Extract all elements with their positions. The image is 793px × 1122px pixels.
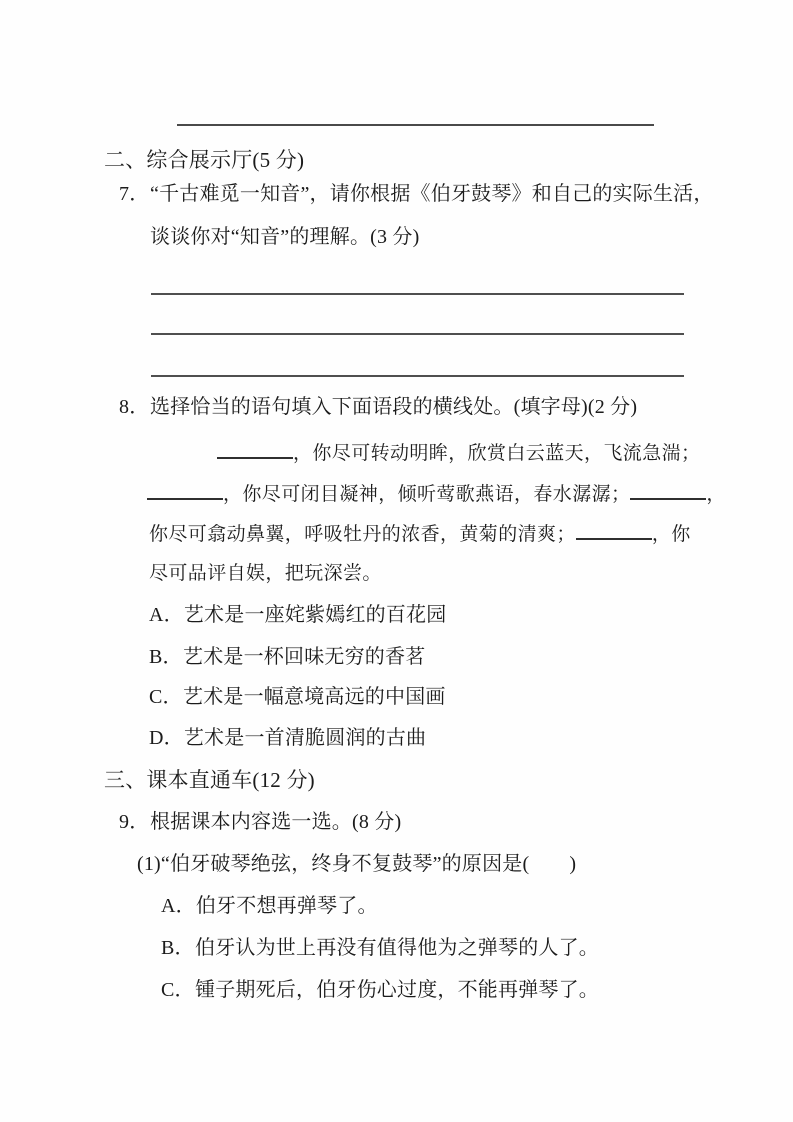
passage-line-2: ，你尽可闭目凝神，倾听莺歌燕语，春水潺潺；， <box>147 481 726 509</box>
exam-page: 二、综合展示厅(5 分) 7．“千古难觅一知音”，请你根据《伯牙鼓琴》和自己的实… <box>0 0 793 1122</box>
q8-option-a-label: A． <box>149 601 184 629</box>
answer-line-1[interactable] <box>151 293 684 295</box>
question-9-number: 9． <box>119 808 150 836</box>
q9-option-b-text: 伯牙认为世上再没有值得他为之弹琴的人了。 <box>195 937 599 959</box>
q9-option-a-label: A． <box>161 892 196 920</box>
q8-option-c-text: 艺术是一幅意境高远的中国画 <box>183 686 446 708</box>
q8-option-d-text: 艺术是一首清脆圆润的古曲 <box>184 727 426 749</box>
q9-option-b-label: B． <box>161 934 195 962</box>
blank-underline-2[interactable] <box>147 496 223 500</box>
q9-option-b: B．伯牙认为世上再没有值得他为之弹琴的人了。 <box>161 934 599 962</box>
question-9-line: 9．根据课本内容选一选。(8 分) <box>119 808 401 836</box>
blank-underline-1[interactable] <box>217 455 293 459</box>
question-7-line-1: 7．“千古难觅一知音”，请你根据《伯牙鼓琴》和自己的实际生活， <box>119 180 714 208</box>
q9-sub1-bracket-close: ) <box>569 853 576 875</box>
q8-option-a-text: 艺术是一座姹紫嫣红的百花园 <box>184 604 447 626</box>
q8-option-b: B．艺术是一杯回味无穷的香茗 <box>149 643 425 671</box>
q9-sub1-line: (1)“伯牙破琴绝弦，终身不复鼓琴”的原因是() <box>137 850 576 878</box>
question-8-number: 8． <box>119 393 150 421</box>
question-8-prompt: 选择恰当的语句填入下面语段的横线处。(填字母)(2 分) <box>150 396 637 418</box>
question-9-prompt: 根据课本内容选一选。(8 分) <box>150 811 401 833</box>
q9-option-a: A．伯牙不想再弹琴了。 <box>161 892 378 920</box>
blank-underline-4[interactable] <box>576 536 652 540</box>
question-8-line: 8．选择恰当的语句填入下面语段的横线处。(填字母)(2 分) <box>119 393 637 421</box>
q9-option-a-text: 伯牙不想再弹琴了。 <box>196 895 378 917</box>
question-7-text-line-2: 谈谈你对“知音”的理解。(3 分) <box>150 223 419 251</box>
question-7-number: 7． <box>119 180 150 208</box>
q8-option-c-label: C． <box>149 683 183 711</box>
q8-option-d-label: D． <box>149 724 184 752</box>
answer-line-2[interactable] <box>151 333 684 335</box>
section-2-heading: 二、综合展示厅(5 分) <box>104 146 304 174</box>
answer-bracket-gap[interactable] <box>529 868 569 870</box>
q9-option-c: C．锺子期死后，伯牙伤心过度，不能再弹琴了。 <box>161 976 599 1004</box>
passage-line-4: 尽可品评自娱，把玩深尝。 <box>149 560 382 588</box>
q8-option-b-label: B． <box>149 643 183 671</box>
passage-line-3: 你尽可翕动鼻翼，呼吸牡丹的浓香，黄菊的清爽；，你 <box>149 521 691 549</box>
passage-segment-3: 你尽可翕动鼻翼，呼吸牡丹的浓香，黄菊的清爽； <box>149 524 576 545</box>
q8-option-d: D．艺术是一首清脆圆润的古曲 <box>149 724 426 752</box>
passage-segment-2-tail: ， <box>706 484 725 505</box>
passage-segment-2: ，你尽可闭目凝神，倾听莺歌燕语，春水潺潺； <box>223 484 630 505</box>
q9-sub1-bracket-open: ( <box>522 853 529 875</box>
passage-segment-3-tail: ，你 <box>652 524 691 545</box>
passage-segment-1: ，你尽可转动明眸，欣赏白云蓝天，飞流急湍； <box>293 443 700 464</box>
q9-sub1-label: (1) <box>137 850 161 878</box>
question-7-text-line-1: “千古难觅一知音”，请你根据《伯牙鼓琴》和自己的实际生活， <box>150 183 714 205</box>
blank-underline-3[interactable] <box>630 496 706 500</box>
passage-line-1: ，你尽可转动明眸，欣赏白云蓝天，飞流急湍； <box>217 440 700 468</box>
q9-sub1-stem: “伯牙破琴绝弦，终身不复鼓琴”的原因是 <box>161 853 523 875</box>
answer-line-3[interactable] <box>151 375 684 377</box>
q8-option-a: A．艺术是一座姹紫嫣红的百花园 <box>149 601 446 629</box>
section-3-heading: 三、课本直通车(12 分) <box>104 766 315 794</box>
q9-option-c-text: 锺子期死后，伯牙伤心过度，不能再弹琴了。 <box>195 979 599 1001</box>
q8-option-c: C．艺术是一幅意境高远的中国画 <box>149 683 446 711</box>
q9-option-c-label: C． <box>161 976 195 1004</box>
top-answer-line[interactable] <box>177 124 654 126</box>
q8-option-b-text: 艺术是一杯回味无穷的香茗 <box>183 646 425 668</box>
